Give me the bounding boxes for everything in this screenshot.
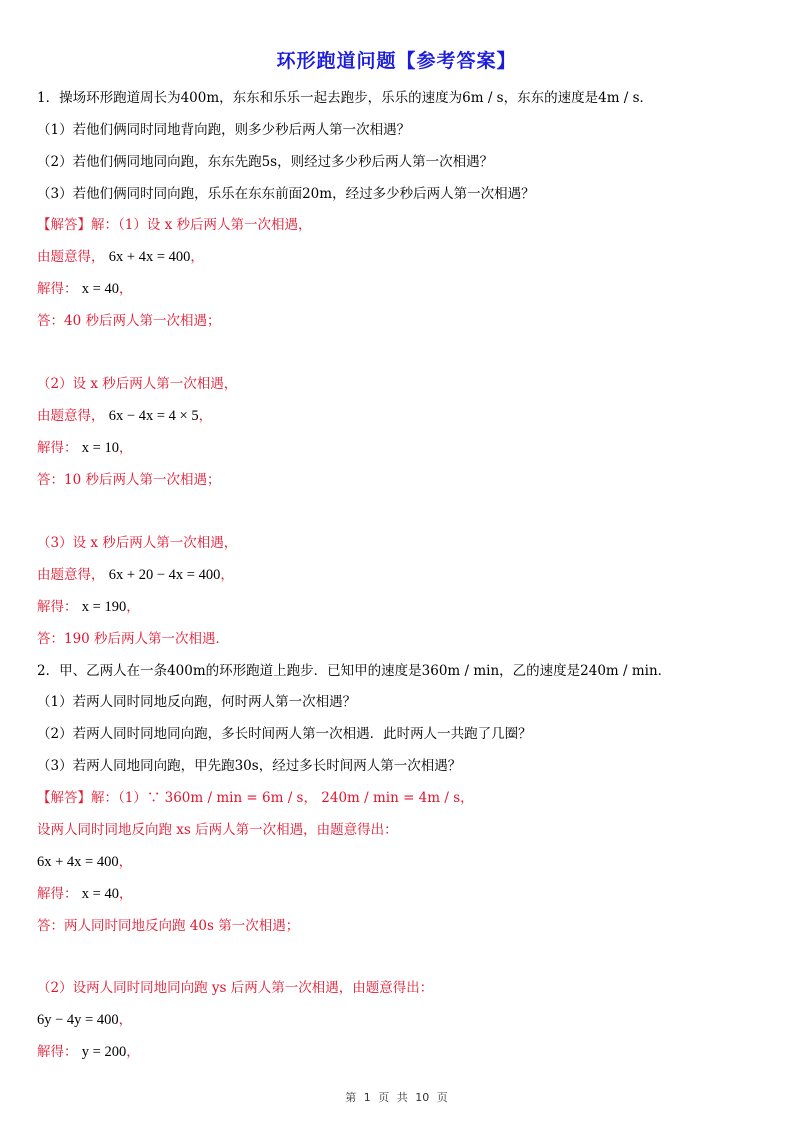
q1-a1-eq-line: 由题意得， 6x + 4x = 400， <box>37 247 204 267</box>
q2-part-3: （3）若两人同地同向跑，甲先跑30s，经过多长时间两人第一次相遇？ <box>37 756 461 776</box>
solve-label: 解得： <box>37 281 78 297</box>
q1-a1-solve-line: 解得： x = 40， <box>37 279 132 299</box>
q2-a2-setup: （2）设两人同时同地同向跑 ys 后两人第一次相遇，由题意得出： <box>37 978 433 998</box>
page-title: 环形跑道问题【参考答案】 <box>0 46 793 73</box>
page-footer: 第 1 页 共 10 页 <box>0 1089 793 1105</box>
solve-label: 解得： <box>37 1044 78 1060</box>
q1-stem: 1．操场环形跑道周长为400m，东东和乐乐一起去跑步，乐乐的速度为6m / s，… <box>37 88 653 108</box>
q2-a1-solve-line: 解得： x = 40， <box>37 884 132 904</box>
q1-a3-answer: 答：190 秒后两人第一次相遇． <box>37 629 229 649</box>
q1-part-1: （1）若他们俩同时同地背向跑，则多少秒后两人第一次相遇？ <box>37 120 410 140</box>
solution: x = 10 <box>82 440 119 456</box>
solve-label: 解得： <box>37 886 78 902</box>
solution: y = 200 <box>82 1044 126 1060</box>
equation: 6x + 4x = 400 <box>109 249 191 265</box>
solve-label: 解得： <box>37 440 78 456</box>
q2-a2-eq-line: 6y − 4y = 400， <box>37 1010 132 1030</box>
q2-a2-solve-line: 解得： y = 200， <box>37 1042 140 1062</box>
equation: 6y − 4y = 400 <box>37 1012 119 1028</box>
q2-a1-eq-line: 6x + 4x = 400， <box>37 852 132 872</box>
solution: x = 40 <box>82 886 119 902</box>
q2-a1-setup: 设两人同时同地反向跑 xs 后两人第一次相遇，由题意得出： <box>37 820 398 840</box>
q2-a1-head: 【解答】解：（1）∵ 360m / min = 6m / s， 240m / m… <box>37 788 474 808</box>
q1-a2-eq-line: 由题意得， 6x − 4x = 4 × 5， <box>37 406 212 426</box>
q1-a3-solve-line: 解得： x = 190， <box>37 597 140 617</box>
q1-a1-setup: 【解答】解：（1）设 x 秒后两人第一次相遇， <box>37 215 312 235</box>
q2-stem: 2．甲、乙两人在一条400m的环形跑道上跑步．已知甲的速度是360m / min… <box>37 661 671 681</box>
equation: 6x + 20 − 4x = 400 <box>109 567 221 583</box>
eq-label: 由题意得， <box>37 567 105 583</box>
q1-part-2: （2）若他们俩同地同向跑，东东先跑5s，则经过多少秒后两人第一次相遇？ <box>37 152 493 172</box>
equation: 6x + 4x = 400 <box>37 854 119 870</box>
eq-label: 由题意得， <box>37 249 105 265</box>
solve-label: 解得： <box>37 599 78 615</box>
q2-part-1: （1）若两人同时同地反向跑，何时两人第一次相遇？ <box>37 692 356 712</box>
q1-part-3: （3）若他们俩同时同向跑，乐乐在东东前面20m，经过多少秒后两人第一次相遇？ <box>37 184 535 204</box>
q2-a1-answer: 答：两人同时同地反向跑 40s 第一次相遇； <box>37 916 299 936</box>
q2-part-2: （2）若两人同时同地同向跑，多长时间两人第一次相遇．此时两人一共跑了几圈？ <box>37 724 532 744</box>
equation: 6x − 4x = 4 × 5 <box>109 408 199 424</box>
q1-a2-answer: 答：10 秒后两人第一次相遇； <box>37 470 220 490</box>
q1-a1-answer: 答：40 秒后两人第一次相遇； <box>37 311 220 331</box>
q1-a2-solve-line: 解得： x = 10， <box>37 438 132 458</box>
q1-a3-eq-line: 由题意得， 6x + 20 − 4x = 400， <box>37 565 234 585</box>
eq-label: 由题意得， <box>37 408 105 424</box>
solution: x = 40 <box>82 281 119 297</box>
q1-a2-setup: （2）设 x 秒后两人第一次相遇， <box>37 374 237 394</box>
q1-a3-setup: （3）设 x 秒后两人第一次相遇， <box>37 533 237 553</box>
solution: x = 190 <box>82 599 126 615</box>
